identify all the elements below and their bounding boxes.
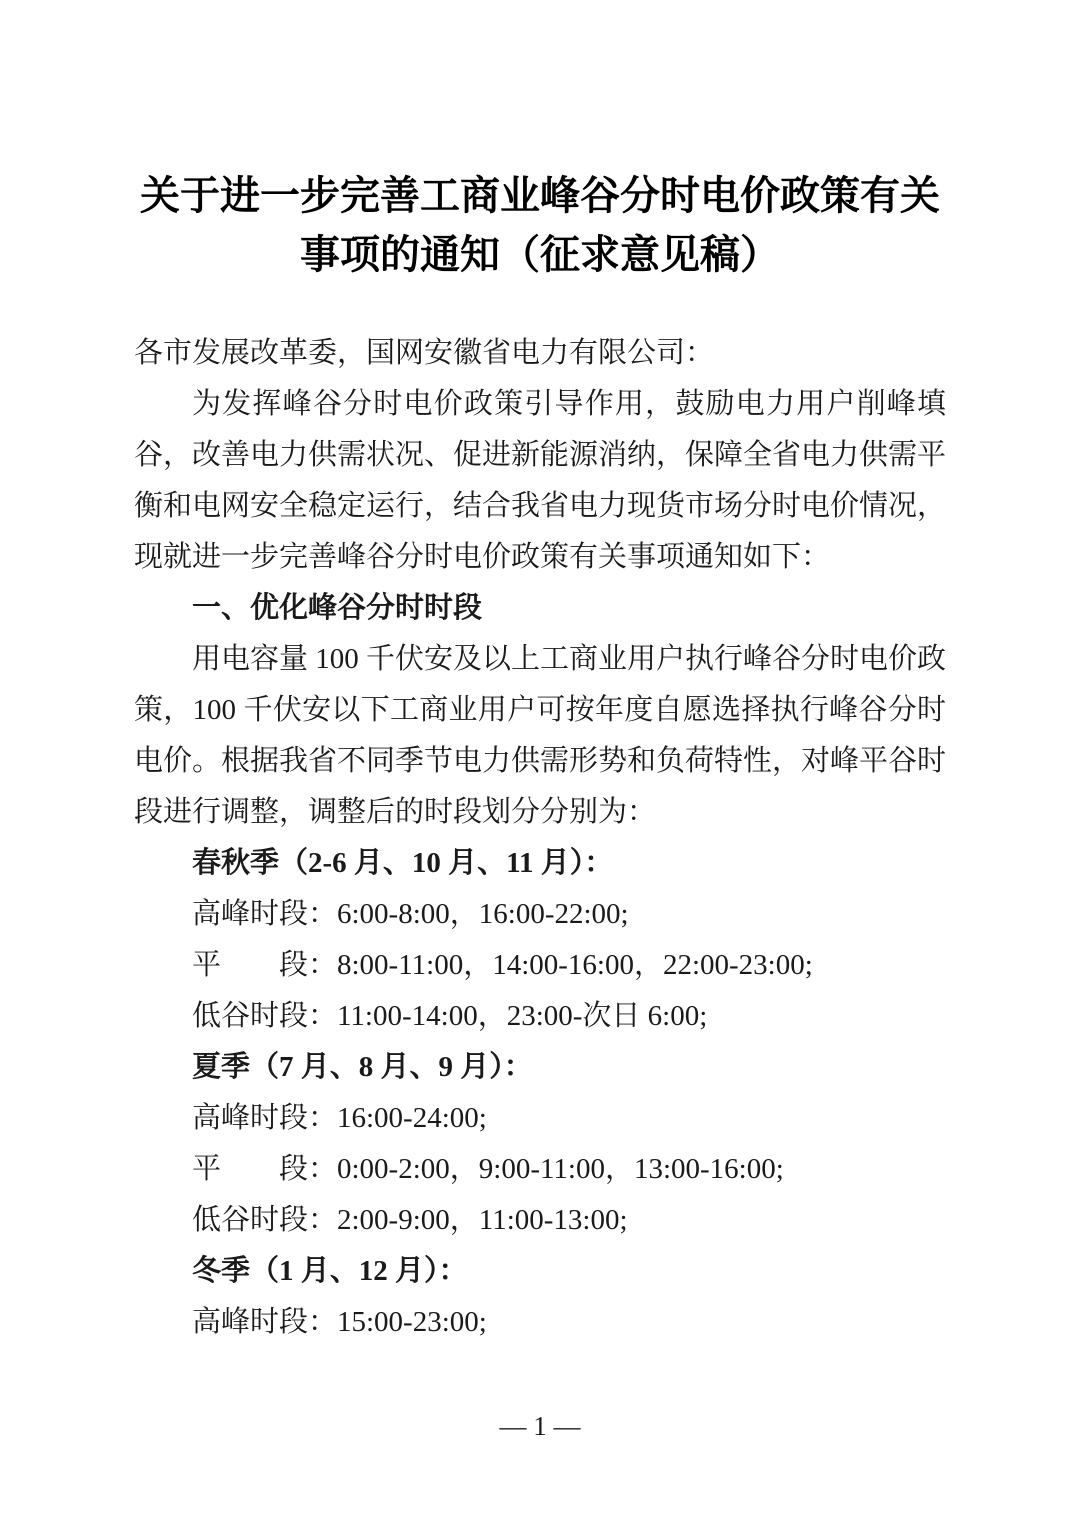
- paragraph-time: 低谷时段：11:00-14:00，23:00-次日 6:00;: [134, 991, 946, 1042]
- paragraph-salutation: 各市发展改革委，国网安徽省电力有限公司：: [134, 328, 946, 379]
- paragraph-time: 低谷时段：2:00-9:00，11:00-13:00;: [134, 1195, 946, 1246]
- paragraph-time: 高峰时段：6:00-8:00，16:00-22:00;: [134, 889, 946, 940]
- paragraph-season: 春秋季（2-6 月、10 月、11 月）：: [134, 838, 946, 889]
- document-title-line-2: 事项的通知（征求意见稿）: [134, 225, 946, 284]
- paragraph-body: 用电容量 100 千伏安及以上工商业用户执行峰谷分时电价政策，100 千伏安以下…: [134, 634, 946, 838]
- paragraph-season: 夏季（7 月、8 月、9 月）：: [134, 1042, 946, 1093]
- document-title: 关于进一步完善工商业峰谷分时电价政策有关 事项的通知（征求意见稿）: [134, 166, 946, 284]
- paragraph-body: 为发挥峰谷分时电价政策引导作用，鼓励电力用户削峰填谷，改善电力供需状况、促进新能…: [134, 379, 946, 583]
- paragraph-time: 高峰时段：16:00-24:00;: [134, 1093, 946, 1144]
- document-body: 各市发展改革委，国网安徽省电力有限公司：为发挥峰谷分时电价政策引导作用，鼓励电力…: [134, 328, 946, 1348]
- paragraph-time: 高峰时段：15:00-23:00;: [134, 1297, 946, 1348]
- paragraph-time: 平 段：0:00-2:00，9:00-11:00，13:00-16:00;: [134, 1144, 946, 1195]
- paragraph-season: 冬季（1 月、12 月）：: [134, 1246, 946, 1297]
- page-number: — 1 —: [0, 1410, 1080, 1442]
- document-page: 关于进一步完善工商业峰谷分时电价政策有关 事项的通知（征求意见稿） 各市发展改革…: [0, 0, 1080, 1526]
- document-title-line-1: 关于进一步完善工商业峰谷分时电价政策有关: [134, 166, 946, 225]
- paragraph-time: 平 段：8:00-11:00，14:00-16:00，22:00-23:00;: [134, 940, 946, 991]
- paragraph-heading: 一、优化峰谷分时时段: [134, 583, 946, 634]
